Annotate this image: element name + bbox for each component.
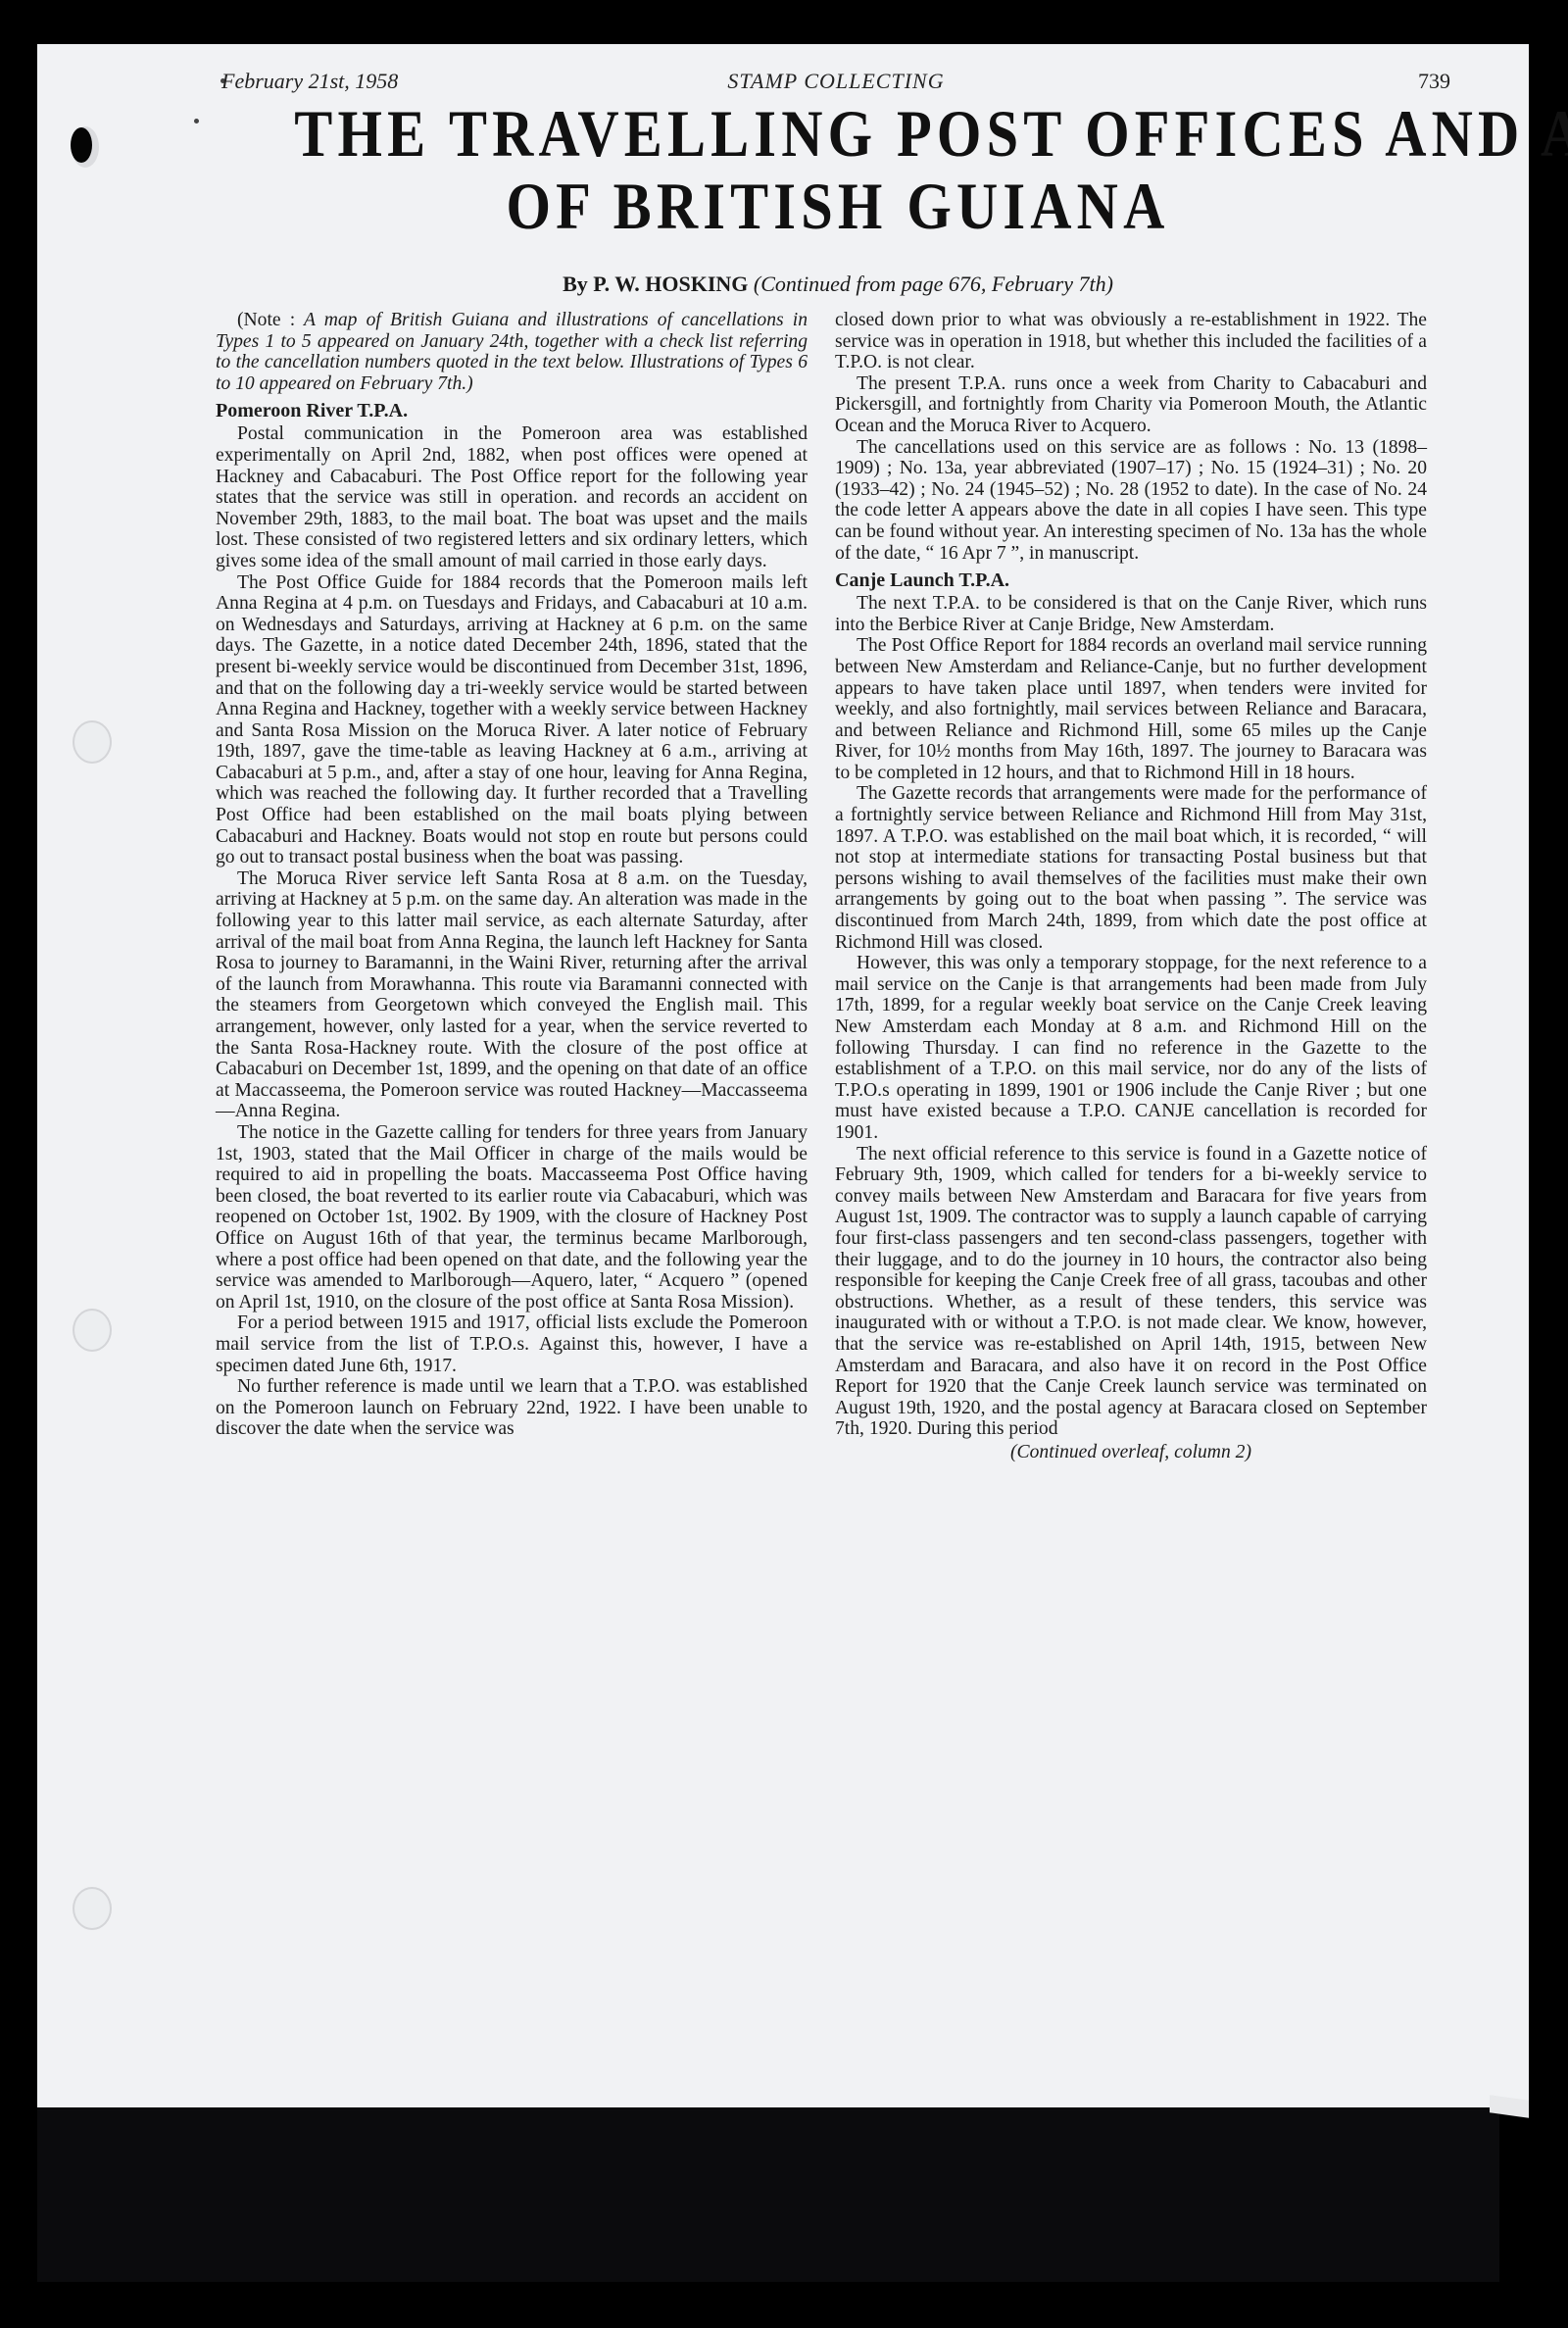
paper-speck [194,119,199,124]
title-line-1: THE TRAVELLING POST OFFICES AND AGENCIES [294,98,1381,169]
paragraph: The Moruca River service left Santa Rosa… [216,868,808,1122]
paragraph: The Post Office Report for 1884 records … [835,635,1427,783]
paragraph: No further reference is made until we le… [216,1376,808,1440]
note-label: (Note : [237,310,295,330]
punch-hole-icon [73,720,112,764]
scanner-background [37,2109,1499,2282]
paragraph: However, this was only a temporary stopp… [835,953,1427,1143]
paragraph: The cancellations used on this service a… [835,437,1427,565]
running-head: February 21st, 1958 STAMP COLLECTING 739 [221,69,1450,98]
continuation-note: (Continued from page 676, February 7th) [754,272,1113,296]
right-column: closed down prior to what was obviously … [835,310,1427,1462]
byline: By P. W. HOSKING (Continued from page 67… [206,272,1470,297]
paragraph: The present T.P.A. runs once a week from… [835,373,1427,437]
paragraph: Postal communication in the Pomeroon are… [216,423,808,571]
paragraph: The next official reference to this serv… [835,1144,1427,1440]
paragraph: The next T.P.A. to be considered is that… [835,593,1427,635]
publication-name: STAMP COLLECTING [221,69,1450,94]
page-number: 739 [1418,69,1450,94]
title-line-2: OF BRITISH GUIANA [294,171,1381,241]
punch-hole-icon [73,1309,112,1352]
section-heading-pomeroon: Pomeroon River T.P.A. [216,398,808,423]
paragraph: The notice in the Gazette calling for te… [216,1122,808,1313]
section-heading-canje: Canje Launch T.P.A. [835,568,1427,593]
paragraph: The Post Office Guide for 1884 records t… [216,572,808,868]
article-title: THE TRAVELLING POST OFFICES AND AGENCIES… [206,98,1470,241]
continued-overleaf-note: (Continued overleaf, column 2) [835,1442,1427,1463]
punch-hole-icon [71,127,92,163]
author: By P. W. HOSKING [563,272,748,296]
paragraph: For a period between 1915 and 1917, offi… [216,1313,808,1376]
paragraph: closed down prior to what was obviously … [835,310,1427,373]
editor-note: (Note : A map of British Guiana and illu… [216,310,808,394]
punch-hole-icon [73,1887,112,1930]
note-text: A map of British Guiana and illustration… [216,310,808,394]
left-column: (Note : A map of British Guiana and illu… [216,310,808,1440]
paragraph: The Gazette records that arrangements we… [835,783,1427,953]
